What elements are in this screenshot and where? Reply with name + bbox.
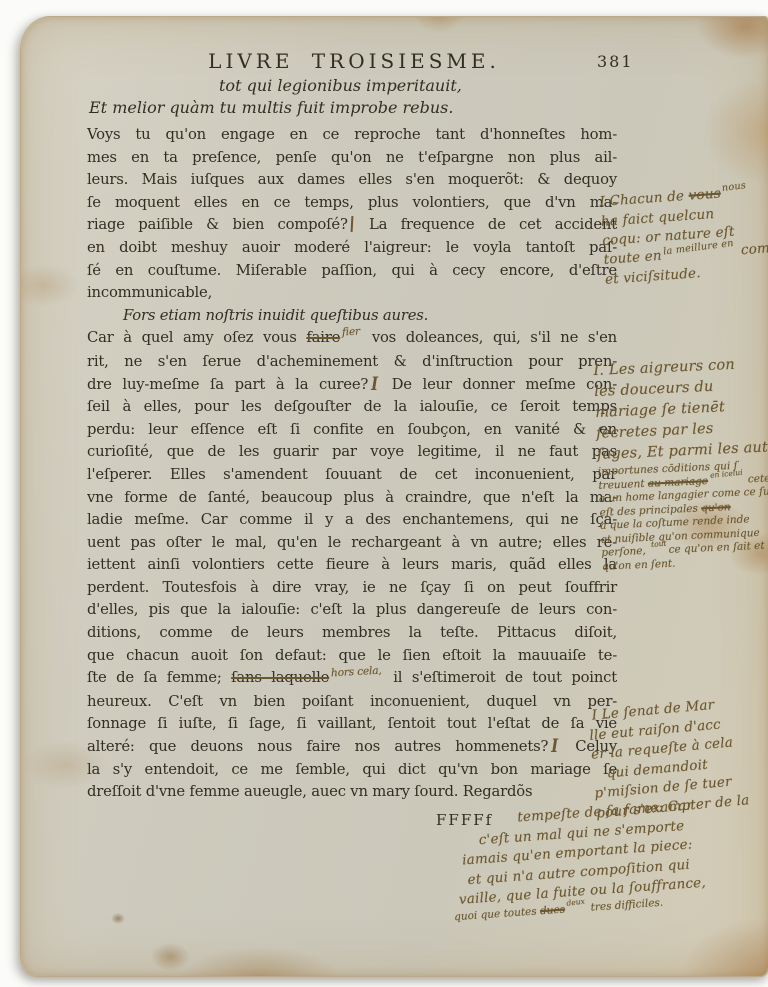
printed-line: ſé en couſtume. Miſerable paſſion, qui à… bbox=[87, 260, 617, 283]
printed-line: mes en ta preſence, penſe qu'on ne t'eſp… bbox=[87, 147, 617, 170]
interlinear-insertion: en icelui bbox=[709, 465, 743, 482]
printed-line: la s'y entendoit, ce me ſemble, qui dict… bbox=[87, 759, 617, 782]
ink-insertion-mark: I bbox=[551, 733, 558, 761]
printed-line: dre luy-meſme ſa part à la curee?I De le… bbox=[87, 374, 617, 397]
printed-line: perdent. Toutesfois à dire vray, ie ne ſ… bbox=[87, 577, 617, 600]
interlinear-insertion: hors cela, bbox=[331, 660, 383, 685]
interlinear-insertion: tout bbox=[650, 537, 667, 552]
printed-line: ladie meſme. Car comme il y a des enchan… bbox=[87, 509, 617, 532]
printed-text-block: Voys tu qu'on engage en ce reproche tant… bbox=[87, 124, 617, 804]
running-title: LIVRE TROISIESME. bbox=[87, 49, 621, 73]
printed-line: ſte de ſa femme; ſans laquellehors cela,… bbox=[87, 667, 617, 691]
printed-line: rit, ne s'en ſerue d'acheminement & d'in… bbox=[87, 351, 617, 374]
printed-line: l'eſperer. Elles s'amendent ſouuant de c… bbox=[87, 464, 617, 487]
printed-book-page: LIVRE TROISIESME. 381 tot qui legionibus… bbox=[20, 16, 768, 977]
epigraph-line: Et melior quàm tu multis fuit improbe re… bbox=[87, 97, 611, 119]
book-scan-background: LIVRE TROISIESME. 381 tot qui legionibus… bbox=[0, 0, 768, 987]
printed-line: perdu: leur eſſence eſt ſi confite en ſo… bbox=[87, 419, 617, 442]
printed-line: Car à quel amy oſez vous fairefier vos d… bbox=[87, 327, 617, 351]
printed-line: uent pas oſter le mal, qu'en le recharge… bbox=[87, 532, 617, 555]
struck-out-word: faire bbox=[306, 329, 340, 346]
printed-line: ſonnage ſi iuſte, ſi ſage, ſi vaillant, … bbox=[87, 713, 617, 736]
interlinear-insertion: deux bbox=[566, 894, 586, 910]
margin-note-cuckoldry: I Chacun de vousnousha faict quelcuncoqu… bbox=[599, 179, 768, 290]
struck-out-word: vous bbox=[688, 186, 721, 204]
printed-line: dreſſoit d'vne femme aueugle, auec vn ma… bbox=[87, 781, 617, 804]
interlinear-insertion: fier bbox=[342, 321, 361, 345]
printed-line: ſeil à elles, pour les deſgouſter de la … bbox=[87, 396, 617, 419]
struck-out-word: ſans laquelle bbox=[231, 669, 329, 686]
struck-out-word: au mariage bbox=[648, 475, 709, 490]
struck-out-word: dues bbox=[540, 903, 566, 917]
printed-line: leurs. Mais iuſques aux dames elles s'en… bbox=[87, 169, 617, 192]
page-header: LIVRE TROISIESME. 381 bbox=[87, 49, 621, 73]
interlinear-insertion: nous bbox=[721, 176, 747, 198]
printed-line: Voys tu qu'on engage en ce reproche tant… bbox=[87, 124, 617, 147]
printed-line: iettent ainſi volontiers cette fieure à … bbox=[87, 554, 617, 577]
printed-line: riage paiſible & bien compoſé? La freque… bbox=[87, 214, 617, 237]
ink-insertion-mark bbox=[350, 216, 353, 232]
printed-line: incommunicable, bbox=[87, 282, 617, 305]
page-number: 381 bbox=[597, 52, 634, 71]
printed-line: ditions, comme de leurs membres la teſte… bbox=[87, 622, 617, 645]
struck-out-word: qu'on bbox=[701, 501, 731, 514]
printed-line: en doibt meshuy auoir moderé l'aigreur: … bbox=[87, 237, 617, 260]
printed-line: heureux. C'eſt vn bien poiſant inconueni… bbox=[87, 691, 617, 714]
ink-insertion-mark: I bbox=[371, 371, 378, 399]
printed-line: curioſité, que de les guarir par voye le… bbox=[87, 441, 617, 464]
printed-line: ſe moquent elles en ce temps, plus volon… bbox=[87, 192, 617, 215]
printed-line: alteré: que deuons nous faire nos autres… bbox=[87, 736, 617, 759]
epigraph-line: tot qui legionibus imperitauit, bbox=[87, 75, 611, 97]
latin-epigraph: tot qui legionibus imperitauit,Et melior… bbox=[87, 75, 611, 119]
printed-line: vne forme de ſanté, beaucoup plus à crai… bbox=[87, 487, 617, 510]
printed-line: d'elles, pis que la ialouſie: c'eſt la p… bbox=[87, 599, 617, 622]
margin-note-marriage-secrecy: I. Les aigreurs conles douceurs dumariag… bbox=[593, 352, 768, 574]
